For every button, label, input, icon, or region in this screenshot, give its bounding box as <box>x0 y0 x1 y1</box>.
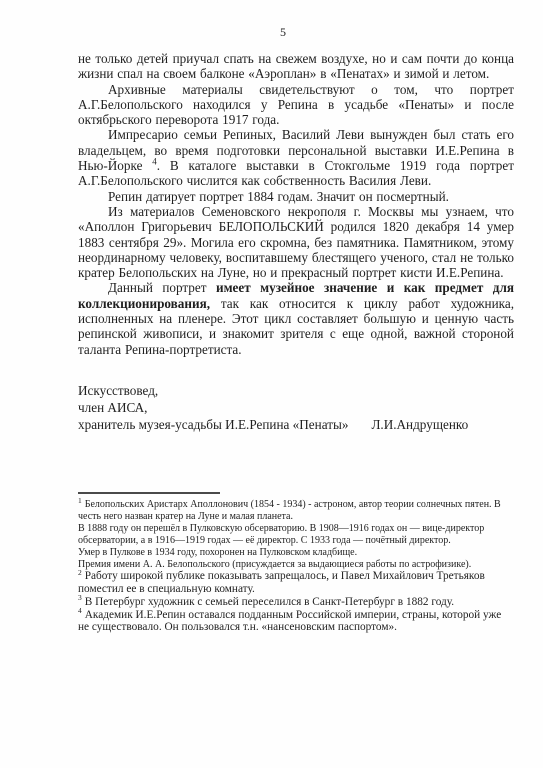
paragraph-4: Репин датирует портрет 1884 годам. Значи… <box>78 189 514 204</box>
footnote-3-marker: 3 <box>78 593 82 602</box>
paragraph-6-text-1: Данный портрет <box>108 280 216 295</box>
footnote-1: 1Белопольских Аристарх Аполлонович (1854… <box>78 499 514 570</box>
footnotes-2-4: 2Работу широкой публике показывать запре… <box>78 570 514 634</box>
paragraph-6: Данный портрет имеет музейное значение и… <box>78 280 514 356</box>
footnote-1-extra-2: Умер в Пулкове в 1934 году, похоронен на… <box>78 547 514 559</box>
document-body: не только детей приучал спать на свежем … <box>78 51 514 357</box>
footnote-separator <box>78 492 220 494</box>
signature-author-name: Л.И.Андрущенко <box>371 417 468 432</box>
footnote-1-text: Белопольских Аристарх Аполлонович (1854 … <box>78 499 501 522</box>
footnote-3: 3В Петербург художник с семьей переселил… <box>78 596 514 609</box>
signature-role-line-1: Искусствовед, <box>78 383 514 400</box>
signature-title: хранитель музея-усадьбы И.Е.Репина «Пена… <box>78 417 348 432</box>
footnote-4: 4Академик И.Е.Репин оставался подданным … <box>78 609 514 634</box>
paragraph-1: не только детей приучал спать на свежем … <box>78 51 514 82</box>
footnote-1-extra-3: Премия имени А. А. Белопольского (присуж… <box>78 559 514 571</box>
footnote-4-text: Академик И.Е.Репин оставался подданным Р… <box>78 609 501 634</box>
footnote-1-marker: 1 <box>78 496 82 505</box>
signature-role-line-2: член АИСА, <box>78 400 514 417</box>
footnote-1-line: 1Белопольских Аристарх Аполлонович (1854… <box>78 499 514 523</box>
paragraph-2: Архивные материалы свидетельствуют о том… <box>78 82 514 128</box>
paragraph-5: Из материалов Семеновского некрополя г. … <box>78 204 514 280</box>
document-page: 5 не только детей приучал спать на свеже… <box>0 0 543 768</box>
footnote-4-marker: 4 <box>78 606 82 615</box>
paragraph-3: Импресарио семьи Репиных, Василий Леви в… <box>78 127 514 188</box>
signature-role-line-3: хранитель музея-усадьбы И.Е.Репина «Пена… <box>78 417 514 434</box>
footnote-1-extra-1: В 1888 году он перешёл в Пулковскую обсе… <box>78 523 514 547</box>
signature-block: Искусствовед, член АИСА, хранитель музея… <box>78 383 514 433</box>
footnote-2-text: Работу широкой публике показывать запрещ… <box>78 570 485 595</box>
footnote-2-marker: 2 <box>78 568 82 577</box>
page-number: 5 <box>0 25 543 40</box>
footnote-2: 2Работу широкой публике показывать запре… <box>78 570 514 595</box>
footnotes-section: 1Белопольских Аристарх Аполлонович (1854… <box>78 492 514 634</box>
footnote-3-text: В Петербург художник с семьей переселилс… <box>85 596 454 608</box>
